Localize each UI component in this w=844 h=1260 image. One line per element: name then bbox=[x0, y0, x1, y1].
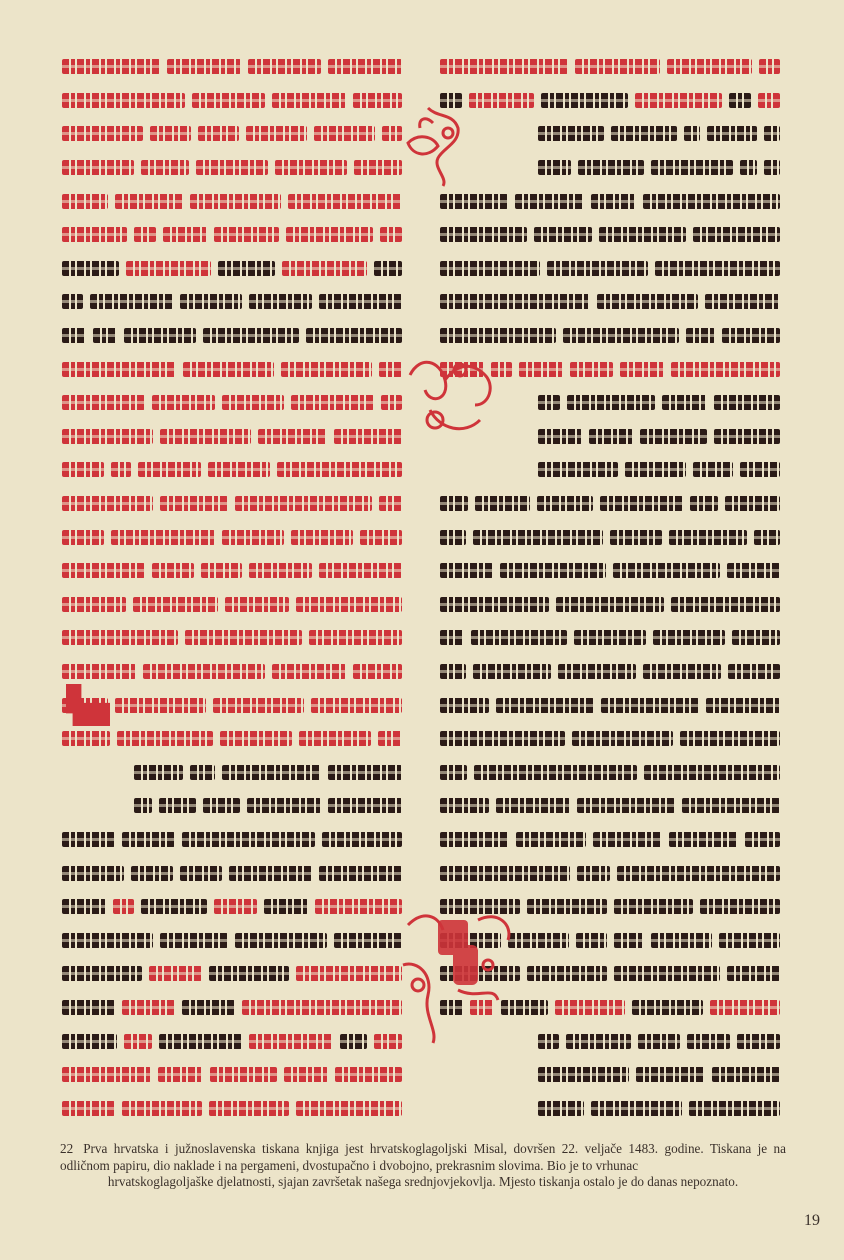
glagolitic-word bbox=[160, 429, 251, 444]
glagolitic-word bbox=[209, 966, 289, 981]
glagolitic-word bbox=[556, 597, 665, 612]
glagolitic-word bbox=[380, 227, 402, 242]
caption-last-line: hrvatskoglagoljaške djelatnosti, sjajan … bbox=[60, 1174, 786, 1191]
glagolitic-word bbox=[322, 832, 402, 847]
glagolitic-word bbox=[577, 866, 610, 881]
glagolitic-word bbox=[538, 160, 571, 175]
glagolitic-word bbox=[291, 395, 374, 410]
glagolitic-text-line bbox=[440, 453, 780, 487]
glagolitic-word bbox=[62, 899, 106, 914]
glagolitic-word bbox=[117, 731, 213, 746]
glagolitic-word bbox=[296, 1101, 402, 1116]
glagolitic-text-line bbox=[62, 856, 402, 890]
glagolitic-word bbox=[378, 731, 402, 746]
glagolitic-text-line bbox=[440, 520, 780, 554]
glagolitic-word bbox=[712, 1067, 780, 1082]
glagolitic-word bbox=[555, 1000, 625, 1015]
left-text-column bbox=[62, 50, 402, 1125]
glagolitic-text-line bbox=[62, 554, 402, 588]
glagolitic-word bbox=[134, 798, 152, 813]
glagolitic-word bbox=[440, 630, 464, 645]
glagolitic-word bbox=[541, 93, 628, 108]
glagolitic-word bbox=[682, 798, 780, 813]
glagolitic-word bbox=[319, 563, 402, 578]
glagolitic-word bbox=[311, 698, 402, 713]
glagolitic-text-line bbox=[62, 991, 402, 1025]
glagolitic-word bbox=[335, 1067, 402, 1082]
glagolitic-text-line bbox=[440, 252, 780, 286]
glagolitic-word bbox=[93, 328, 117, 343]
glagolitic-word bbox=[638, 1034, 681, 1049]
glagolitic-text-line bbox=[62, 655, 402, 689]
glagolitic-word bbox=[62, 429, 153, 444]
glagolitic-word bbox=[62, 462, 104, 477]
glagolitic-word bbox=[62, 1067, 151, 1082]
glagolitic-word bbox=[516, 832, 585, 847]
glagolitic-word bbox=[190, 194, 281, 209]
figure-caption: 22Prva hrvatska i južnoslavenska tiskana… bbox=[60, 1141, 786, 1191]
glagolitic-word bbox=[614, 899, 694, 914]
glagolitic-word bbox=[62, 832, 115, 847]
glagolitic-word bbox=[759, 59, 780, 74]
glagolitic-word bbox=[182, 832, 315, 847]
glagolitic-word bbox=[381, 395, 402, 410]
glagolitic-word bbox=[547, 261, 647, 276]
glagolitic-word bbox=[440, 227, 527, 242]
glagolitic-word bbox=[764, 160, 780, 175]
glagolitic-word bbox=[625, 462, 685, 477]
glagolitic-word bbox=[159, 1034, 242, 1049]
glagolitic-word bbox=[440, 866, 570, 881]
glagolitic-word bbox=[220, 731, 292, 746]
caption-number: 22 bbox=[60, 1141, 73, 1156]
glagolitic-word bbox=[62, 496, 153, 511]
glagolitic-text-line bbox=[440, 588, 780, 622]
glagolitic-word bbox=[534, 227, 592, 242]
glagolitic-word bbox=[90, 294, 173, 309]
glagolitic-text-line bbox=[440, 554, 780, 588]
glagolitic-word bbox=[589, 429, 633, 444]
glagolitic-word bbox=[671, 362, 780, 377]
glagolitic-text-line bbox=[62, 285, 402, 319]
glagolitic-word bbox=[440, 563, 493, 578]
glagolitic-word bbox=[159, 798, 196, 813]
glagolitic-word bbox=[272, 93, 346, 108]
glagolitic-word bbox=[469, 93, 534, 108]
glagolitic-word bbox=[185, 630, 301, 645]
glagolitic-word bbox=[440, 294, 590, 309]
glagolitic-word bbox=[671, 597, 780, 612]
glagolitic-word bbox=[62, 227, 127, 242]
glagolitic-word bbox=[328, 798, 402, 813]
glagolitic-word bbox=[62, 194, 108, 209]
glagolitic-text-line bbox=[62, 823, 402, 857]
glagolitic-word bbox=[706, 698, 780, 713]
glagolitic-word bbox=[538, 1067, 629, 1082]
glagolitic-word bbox=[122, 1101, 202, 1116]
glagolitic-word bbox=[374, 261, 402, 276]
glagolitic-word bbox=[299, 731, 371, 746]
glagolitic-word bbox=[538, 1034, 559, 1049]
glagolitic-word bbox=[122, 1000, 175, 1015]
glagolitic-word bbox=[538, 126, 604, 141]
glagolitic-word bbox=[613, 563, 719, 578]
glagolitic-text-line bbox=[62, 1091, 402, 1125]
glagolitic-word bbox=[309, 630, 402, 645]
page-number: 19 bbox=[804, 1212, 820, 1230]
glagolitic-text-line bbox=[62, 386, 402, 420]
glagolitic-word bbox=[651, 933, 712, 948]
glagolitic-word bbox=[732, 630, 780, 645]
glagolitic-word bbox=[288, 194, 402, 209]
glagolitic-word bbox=[440, 261, 540, 276]
glagolitic-word bbox=[62, 1101, 115, 1116]
glagolitic-text-line bbox=[62, 84, 402, 118]
glagolitic-word bbox=[635, 93, 722, 108]
glagolitic-word bbox=[689, 1101, 780, 1116]
glagolitic-text-line bbox=[62, 453, 402, 487]
glagolitic-word bbox=[758, 93, 780, 108]
glagolitic-word bbox=[247, 798, 321, 813]
glagolitic-word bbox=[315, 899, 402, 914]
glagolitic-text-line bbox=[62, 420, 402, 454]
glagolitic-word bbox=[644, 765, 780, 780]
glagolitic-word bbox=[597, 294, 697, 309]
glagolitic-word bbox=[475, 496, 530, 511]
glagolitic-word bbox=[319, 294, 402, 309]
glagolitic-word bbox=[62, 126, 143, 141]
glagolitic-word bbox=[190, 765, 215, 780]
glagolitic-word bbox=[249, 294, 311, 309]
glagolitic-word bbox=[719, 933, 780, 948]
glagolitic-word bbox=[591, 1101, 682, 1116]
glagolitic-word bbox=[62, 1000, 115, 1015]
glagolitic-word bbox=[225, 597, 289, 612]
glagolitic-text-line bbox=[62, 1058, 402, 1092]
glagolitic-word bbox=[680, 731, 780, 746]
glagolitic-word bbox=[599, 227, 686, 242]
glagolitic-word bbox=[235, 933, 326, 948]
glagolitic-word bbox=[714, 429, 780, 444]
glagolitic-word bbox=[643, 194, 780, 209]
glagolitic-word bbox=[669, 530, 747, 545]
glagolitic-word bbox=[440, 496, 468, 511]
glagolitic-word bbox=[328, 765, 402, 780]
glagolitic-text-line bbox=[440, 117, 780, 151]
glagolitic-word bbox=[474, 765, 637, 780]
glagolitic-word bbox=[334, 429, 402, 444]
glagolitic-word bbox=[167, 59, 241, 74]
glagolitic-word bbox=[124, 328, 196, 343]
glagolitic-word bbox=[591, 194, 637, 209]
glagolitic-word bbox=[62, 731, 110, 746]
dragon-ornament-icon bbox=[405, 350, 500, 445]
glagolitic-text-line bbox=[440, 218, 780, 252]
glagolitic-word bbox=[567, 395, 655, 410]
glagolitic-text-line bbox=[62, 151, 402, 185]
glagolitic-word bbox=[163, 227, 207, 242]
glagolitic-word bbox=[282, 261, 367, 276]
glagolitic-text-line bbox=[62, 117, 402, 151]
glagolitic-text-line bbox=[62, 722, 402, 756]
glagolitic-word bbox=[192, 93, 266, 108]
glagolitic-word bbox=[235, 496, 372, 511]
glagolitic-word bbox=[440, 664, 466, 679]
glagolitic-word bbox=[714, 395, 780, 410]
glagolitic-text-line bbox=[440, 319, 780, 353]
glagolitic-word bbox=[62, 664, 136, 679]
glagolitic-word bbox=[722, 328, 780, 343]
glagolitic-word bbox=[690, 496, 718, 511]
glagolitic-word bbox=[473, 664, 551, 679]
glagolitic-word bbox=[62, 597, 126, 612]
glagolitic-word bbox=[115, 194, 183, 209]
glagolitic-word bbox=[705, 294, 780, 309]
glagolitic-word bbox=[272, 664, 346, 679]
glagolitic-word bbox=[360, 530, 402, 545]
glagolitic-word bbox=[538, 395, 560, 410]
glagolitic-word bbox=[537, 496, 592, 511]
glagolitic-text-line bbox=[62, 789, 402, 823]
glagolitic-word bbox=[572, 731, 672, 746]
glagolitic-word bbox=[440, 530, 466, 545]
glagolitic-word bbox=[275, 160, 347, 175]
glagolitic-word bbox=[614, 966, 720, 981]
glagolitic-word bbox=[617, 866, 780, 881]
glagolitic-text-line bbox=[62, 688, 402, 722]
glagolitic-word bbox=[134, 227, 156, 242]
glagolitic-word bbox=[62, 160, 134, 175]
glagolitic-word bbox=[296, 966, 402, 981]
glagolitic-word bbox=[248, 59, 322, 74]
glagolitic-word bbox=[222, 765, 321, 780]
glagolitic-word bbox=[727, 966, 780, 981]
glagolitic-word bbox=[124, 1034, 152, 1049]
glagolitic-word bbox=[141, 160, 189, 175]
glagolitic-word bbox=[258, 429, 326, 444]
glagolitic-word bbox=[725, 496, 780, 511]
glagolitic-word bbox=[643, 664, 721, 679]
glagolitic-word bbox=[496, 798, 570, 813]
glagolitic-text-line bbox=[440, 722, 780, 756]
glagolitic-word bbox=[500, 563, 606, 578]
glagolitic-text-line bbox=[440, 1091, 780, 1125]
glagolitic-word bbox=[440, 698, 489, 713]
glagolitic-word bbox=[222, 530, 284, 545]
glagolitic-word bbox=[686, 328, 715, 343]
glagolitic-word bbox=[210, 1067, 277, 1082]
glagolitic-text-line bbox=[62, 252, 402, 286]
glagolitic-word bbox=[440, 765, 467, 780]
glagolitic-text-line bbox=[440, 823, 780, 857]
glagolitic-word bbox=[575, 59, 660, 74]
glagolitic-word bbox=[610, 530, 662, 545]
glagolitic-word bbox=[314, 126, 375, 141]
glagolitic-word bbox=[667, 59, 752, 74]
glagolitic-word bbox=[614, 933, 645, 948]
glagolitic-text-line bbox=[440, 184, 780, 218]
glagolitic-word bbox=[281, 362, 372, 377]
glagolitic-word bbox=[152, 395, 214, 410]
glagolitic-text-line bbox=[62, 923, 402, 957]
glagolitic-word bbox=[745, 832, 780, 847]
glagolitic-text-line bbox=[440, 151, 780, 185]
glagolitic-word bbox=[515, 194, 583, 209]
glagolitic-word bbox=[440, 832, 509, 847]
glagolitic-word bbox=[379, 362, 402, 377]
glagolitic-word bbox=[62, 530, 104, 545]
glagolitic-word bbox=[354, 160, 402, 175]
glagolitic-word bbox=[62, 93, 185, 108]
glagolitic-word bbox=[62, 328, 86, 343]
glagolitic-word bbox=[158, 1067, 203, 1082]
glagolitic-word bbox=[440, 194, 508, 209]
glagolitic-word bbox=[669, 832, 738, 847]
glagolitic-word bbox=[563, 328, 679, 343]
glagolitic-word bbox=[574, 630, 646, 645]
glagolitic-word bbox=[538, 462, 618, 477]
glagolitic-word bbox=[111, 530, 215, 545]
glagolitic-word bbox=[182, 1000, 235, 1015]
dragon-flourish-icon bbox=[398, 88, 470, 188]
glagolitic-text-line bbox=[62, 621, 402, 655]
glagolitic-word bbox=[150, 126, 191, 141]
glagolitic-word bbox=[183, 362, 274, 377]
glagolitic-text-line bbox=[62, 50, 402, 84]
glagolitic-word bbox=[62, 294, 83, 309]
glagolitic-word bbox=[249, 563, 311, 578]
glagolitic-word bbox=[707, 126, 756, 141]
glagolitic-word bbox=[653, 630, 725, 645]
glagolitic-word bbox=[208, 462, 270, 477]
glagolitic-word bbox=[131, 866, 173, 881]
glagolitic-text-line bbox=[440, 789, 780, 823]
glagolitic-word bbox=[754, 530, 780, 545]
glagolitic-word bbox=[246, 126, 307, 141]
glagolitic-text-line bbox=[440, 50, 780, 84]
glagolitic-word bbox=[611, 126, 677, 141]
glagolitic-word bbox=[222, 395, 284, 410]
glagolitic-word bbox=[249, 1034, 332, 1049]
glagolitic-text-line bbox=[62, 319, 402, 353]
glagolitic-word bbox=[577, 798, 675, 813]
glagolitic-word bbox=[229, 866, 312, 881]
glagolitic-word bbox=[353, 93, 402, 108]
glagolitic-word bbox=[379, 496, 402, 511]
glagolitic-word bbox=[693, 462, 733, 477]
glagolitic-word bbox=[319, 866, 402, 881]
glagolitic-word bbox=[570, 362, 614, 377]
glagolitic-word bbox=[729, 93, 751, 108]
glagolitic-word bbox=[593, 832, 662, 847]
glagolitic-text-line bbox=[62, 184, 402, 218]
glagolitic-word bbox=[687, 1034, 730, 1049]
glagolitic-word bbox=[196, 160, 268, 175]
glagolitic-word bbox=[655, 261, 780, 276]
glagolitic-word bbox=[636, 1067, 704, 1082]
glagolitic-word bbox=[651, 160, 733, 175]
glagolitic-text-line bbox=[440, 755, 780, 789]
glagolitic-word bbox=[209, 1101, 289, 1116]
glagolitic-word bbox=[62, 630, 178, 645]
glagolitic-word bbox=[62, 59, 160, 74]
glagolitic-word bbox=[62, 966, 142, 981]
glagolitic-word bbox=[527, 899, 607, 914]
glagolitic-word bbox=[201, 563, 243, 578]
glagolitic-word bbox=[306, 328, 402, 343]
glagolitic-word bbox=[214, 899, 258, 914]
glagolitic-word bbox=[538, 1101, 584, 1116]
glagolitic-word bbox=[558, 664, 636, 679]
glagolitic-word bbox=[138, 462, 200, 477]
glagolitic-word bbox=[277, 462, 402, 477]
glagolitic-word bbox=[519, 362, 563, 377]
glagolitic-word bbox=[640, 429, 706, 444]
glagolitic-word bbox=[620, 362, 664, 377]
glagolitic-word bbox=[471, 630, 567, 645]
glagolitic-word bbox=[115, 698, 206, 713]
glagolitic-text-line bbox=[62, 352, 402, 386]
decorated-initial-icon bbox=[398, 905, 528, 1045]
glagolitic-text-line bbox=[440, 856, 780, 890]
glagolitic-word bbox=[710, 1000, 780, 1015]
glagolitic-word bbox=[440, 798, 489, 813]
glagolitic-word bbox=[473, 530, 603, 545]
glagolitic-text-line bbox=[62, 1024, 402, 1058]
glagolitic-word bbox=[340, 1034, 368, 1049]
glagolitic-text-line bbox=[62, 755, 402, 789]
glagolitic-word bbox=[62, 395, 145, 410]
glagolitic-word bbox=[62, 866, 124, 881]
glagolitic-word bbox=[740, 160, 756, 175]
glagolitic-word bbox=[160, 933, 228, 948]
glagolitic-word bbox=[214, 227, 279, 242]
glagolitic-word bbox=[152, 563, 194, 578]
glagolitic-word bbox=[737, 1034, 780, 1049]
glagolitic-text-line bbox=[62, 218, 402, 252]
glagolitic-word bbox=[601, 698, 699, 713]
glagolitic-text-line bbox=[440, 621, 780, 655]
glagolitic-word bbox=[496, 698, 594, 713]
glagolitic-word bbox=[133, 597, 218, 612]
glagolitic-word bbox=[180, 866, 222, 881]
glagolitic-word bbox=[440, 597, 549, 612]
glagolitic-text-line bbox=[440, 487, 780, 521]
glagolitic-word bbox=[576, 933, 607, 948]
glagolitic-word bbox=[242, 1000, 402, 1015]
glagolitic-word bbox=[440, 328, 556, 343]
glagolitic-word bbox=[62, 1034, 117, 1049]
glagolitic-word bbox=[538, 429, 582, 444]
glagolitic-text-line bbox=[440, 1058, 780, 1092]
glagolitic-word bbox=[440, 731, 565, 746]
glagolitic-word bbox=[284, 1067, 329, 1082]
glagolitic-word bbox=[527, 966, 607, 981]
glagolitic-word bbox=[291, 530, 353, 545]
glagolitic-word bbox=[727, 563, 780, 578]
glagolitic-word bbox=[764, 126, 780, 141]
glagolitic-word bbox=[684, 126, 700, 141]
glagolitic-text-line bbox=[62, 588, 402, 622]
glagolitic-text-line bbox=[62, 890, 402, 924]
glagolitic-word bbox=[198, 126, 239, 141]
glagolitic-word bbox=[113, 899, 135, 914]
glagolitic-word bbox=[180, 294, 242, 309]
glagolitic-word bbox=[213, 698, 304, 713]
glagolitic-word bbox=[728, 664, 780, 679]
glagolitic-word bbox=[700, 899, 780, 914]
glagolitic-word bbox=[111, 462, 132, 477]
